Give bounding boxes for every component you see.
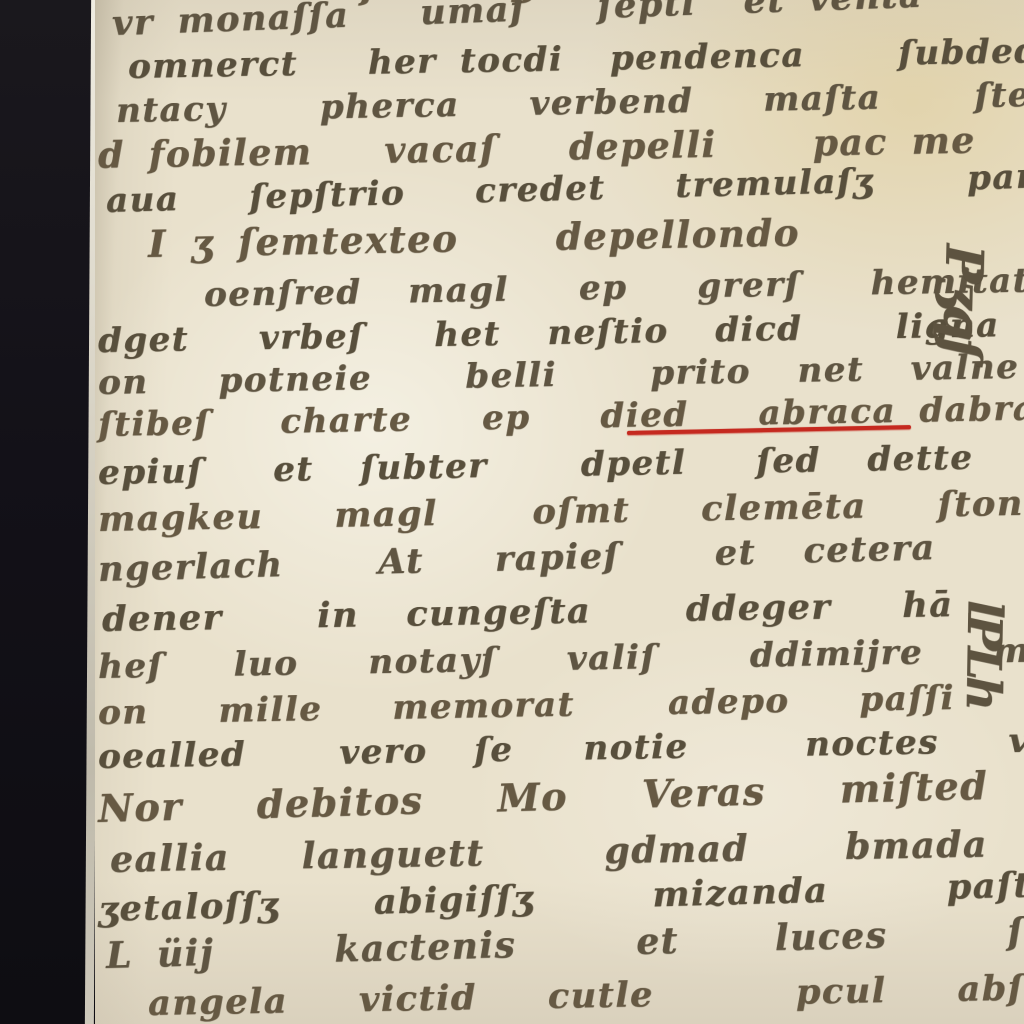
manuscript-line: I ʒ ſemtexteo depellondo <box>148 215 800 263</box>
margin-flourish-lower: lPLh <box>959 600 1003 931</box>
manuscript-line: epiuſ et ſubter dpetl ſed dette ſtima Q <box>98 435 1024 490</box>
manuscript-line: omnerct her tocdi pendenca ſubded callo <box>128 31 1024 84</box>
manuscript-line: on mille memorat adepo paſſi leoniſ <box>98 678 1024 730</box>
manuscript-line: oenſred magl ep grerſ hemitaten P <box>204 261 1024 312</box>
manuscript-line: dener in cungeſta ddeger hā comēd cl <box>102 581 1024 637</box>
margin-flourish-upper: Pʒqſ <box>933 244 985 625</box>
manuscript-text-layer: ſt lʒ ıſ t ſl ʒ ıı vr monaſſa umaſ ſeptl… <box>0 0 1024 1024</box>
manuscript-photo: ſt lʒ ıſ t ſl ʒ ıı vr monaſſa umaſ ſeptl… <box>0 0 1024 1024</box>
manuscript-line: angela victid cutle pcul abſe amiciſ <box>148 967 1024 1021</box>
